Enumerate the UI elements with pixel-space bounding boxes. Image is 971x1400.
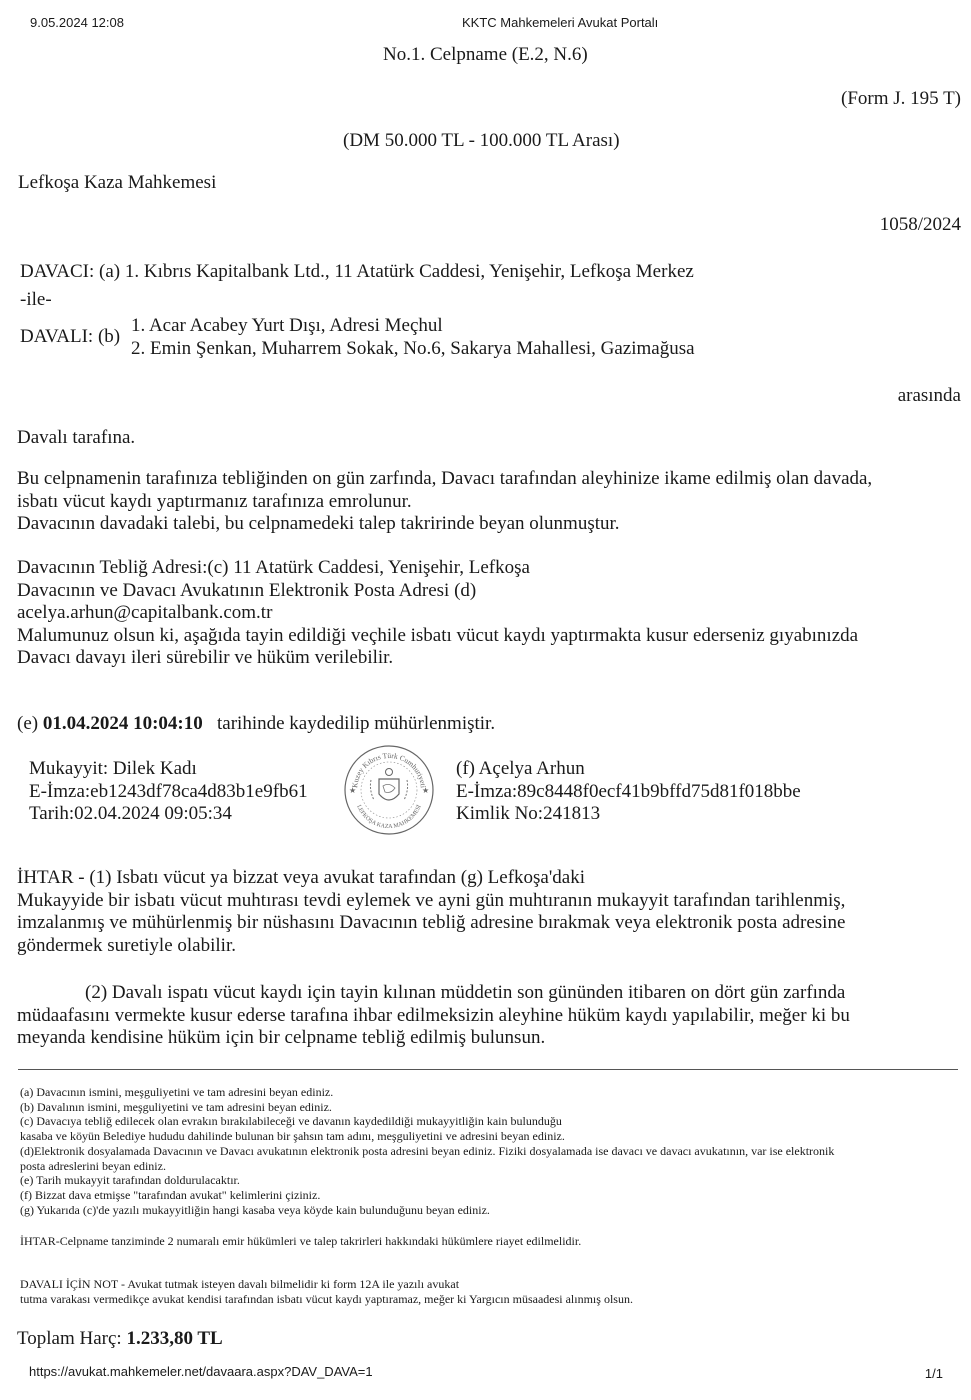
warning-line: müdaafasını vermekte kusur ederse tarafı… [17, 1005, 850, 1028]
total-fee: Toplam Harç: 1.233,80 TL [17, 1328, 223, 1350]
footnote: (a) Davacının ismini, meşguliyetini ve t… [20, 1085, 834, 1100]
addressee: Davalı tarafına. [17, 427, 135, 449]
court-seal-icon: Kuzey Kıbrıs Türk Cumhuriyeti LEFKOŞA KA… [343, 744, 435, 836]
warning-line: (2) Davalı ispatı vücut kaydı için tayin… [85, 982, 845, 1003]
defendant-label: DAVALI: (b) [20, 326, 120, 348]
warning-line: meyanda kendisine hüküm için bir celpnam… [17, 1027, 850, 1050]
defendant-item: 1. Acar Acabey Yurt Dışı, Adresi Meçhul [131, 314, 695, 337]
defendant-list: 1. Acar Acabey Yurt Dışı, Adresi Meçhul … [131, 314, 695, 360]
defendant-item: 2. Emin Şenkan, Muharrem Sokak, No.6, Sa… [131, 337, 695, 360]
footnote: (e) Tarih mukayyit tarafından doldurulac… [20, 1173, 834, 1188]
footnote: (d)Elektronik dosyalamada Davacının ve D… [20, 1144, 834, 1159]
case-number: 1058/2024 [880, 214, 961, 236]
sealed-datetime: 01.04.2024 10:04:10 [43, 713, 203, 734]
page-number: 1/1 [925, 1366, 943, 1381]
registrar-esign: E-İmza:eb1243df78ca4d83b1e9fb61 [29, 781, 308, 804]
warning-line: İHTAR - (1) Isbatı vücut ya bizzat veya … [17, 867, 845, 890]
paragraph-line: isbatı vücut kaydı yaptırmanız tarafınız… [17, 491, 872, 514]
print-datetime: 9.05.2024 12:08 [30, 15, 124, 30]
sealed-statement: (e) 01.04.2024 10:04:10 tarihinde kayded… [17, 713, 495, 735]
email-label: Davacının ve Davacı Avukatının Elektroni… [17, 580, 858, 603]
footnotes: (a) Davacının ismini, meşguliyetini ve t… [20, 1085, 834, 1217]
footnote: (b) Davalının ismini, meşguliyetini ve t… [20, 1100, 834, 1115]
lawyer-esign: E-İmza:89c8448f0ecf41b9bffd75d81f018bbe [456, 781, 801, 804]
lawyer-signature: (f) Açelya Arhun E-İmza:89c8448f0ecf41b9… [456, 758, 801, 826]
claim-range: (DM 50.000 TL - 100.000 TL Arası) [343, 130, 620, 152]
warning-line: göndermek suretiyle olabilir. [17, 935, 845, 958]
footnote: kasaba ve köyün Belediye hududu dahilind… [20, 1129, 834, 1144]
lawyer-name: (f) Açelya Arhun [456, 758, 801, 781]
warning-line: imzalanmış ve mühürlenmiş bir nüshasını … [17, 912, 845, 935]
sealed-suffix: tarihinde kaydedilip mühürlenmiştir. [217, 713, 495, 734]
warning-2: (2) Davalı ispatı vücut kaydı için tayin… [17, 982, 850, 1050]
service-address-paragraph: Davacının Tebliğ Adresi:(c) 11 Atatürk C… [17, 557, 858, 670]
footnote-divider [18, 1069, 958, 1070]
document-title: No.1. Celpname (E.2, N.6) [383, 44, 588, 66]
warning-line: Mukayyide bir isbatı vücut muhtırası tev… [17, 890, 845, 913]
summons-paragraph: Bu celpnamenin tarafınıza tebliğinden on… [17, 468, 872, 536]
svg-text:★: ★ [422, 786, 429, 795]
footnote: (g) Yukarıda (c)'de yazılı mukayyitliğin… [20, 1203, 834, 1218]
court-name: Lefkoşa Kaza Mahkemesi [18, 172, 216, 194]
footnote: (c) Davacıya tebliğ edilecek olan evrakı… [20, 1114, 834, 1129]
ihtar-notice: İHTAR-Celpname tanziminde 2 numaralı emi… [20, 1234, 581, 1249]
footnote: posta adreslerini beyan ediniz. [20, 1159, 834, 1174]
warning-1: İHTAR - (1) Isbatı vücut ya bizzat veya … [17, 867, 845, 957]
note-line: DAVALI İÇİN NOT - Avukat tutmak isteyen … [20, 1277, 633, 1292]
registrar-name: Mukayyit: Dilek Kadı [29, 758, 308, 781]
note-line: tutma varakası vermedikçe avukat kendisi… [20, 1292, 633, 1307]
sealed-prefix: (e) [17, 713, 38, 734]
between-label: arasında [898, 385, 961, 407]
service-address: Davacının Tebliğ Adresi:(c) 11 Atatürk C… [17, 557, 858, 580]
lawyer-id: Kimlik No:241813 [456, 803, 801, 826]
svg-text:★: ★ [349, 786, 356, 795]
svg-text:LEFKOŞA KAZA MAHKEMESİ: LEFKOŞA KAZA MAHKEMESİ [355, 804, 423, 830]
parties-separator: -ile- [20, 289, 52, 311]
footnote: (f) Bizzat dava etmişse "tarafından avuk… [20, 1188, 834, 1203]
paragraph-line: Bu celpnamenin tarafınıza tebliğinden on… [17, 468, 872, 491]
form-number: (Form J. 195 T) [841, 88, 961, 110]
total-fee-amount: 1.233,80 TL [126, 1328, 222, 1349]
paragraph-line: Malumunuz olsun ki, aşağıda tayin edildi… [17, 625, 858, 648]
paragraph-line: Davacı davayı ileri sürebilir ve hüküm v… [17, 647, 858, 670]
defendant-note: DAVALI İÇİN NOT - Avukat tutmak isteyen … [20, 1277, 633, 1306]
paragraph-line: Davacının davadaki talebi, bu celpnamede… [17, 513, 872, 536]
registrar-date: Tarih:02.04.2024 09:05:34 [29, 803, 308, 826]
total-fee-label: Toplam Harç: [17, 1328, 122, 1349]
email-address: acelya.arhun@capitalbank.com.tr [17, 602, 858, 625]
page-url: https://avukat.mahkemeler.net/davaara.as… [29, 1364, 373, 1379]
plaintiff-line: DAVACI: (a) 1. Kıbrıs Kapitalbank Ltd., … [20, 261, 694, 283]
portal-name: KKTC Mahkemeleri Avukat Portalı [462, 15, 658, 30]
registrar-signature: Mukayyit: Dilek Kadı E-İmza:eb1243df78ca… [29, 758, 308, 826]
